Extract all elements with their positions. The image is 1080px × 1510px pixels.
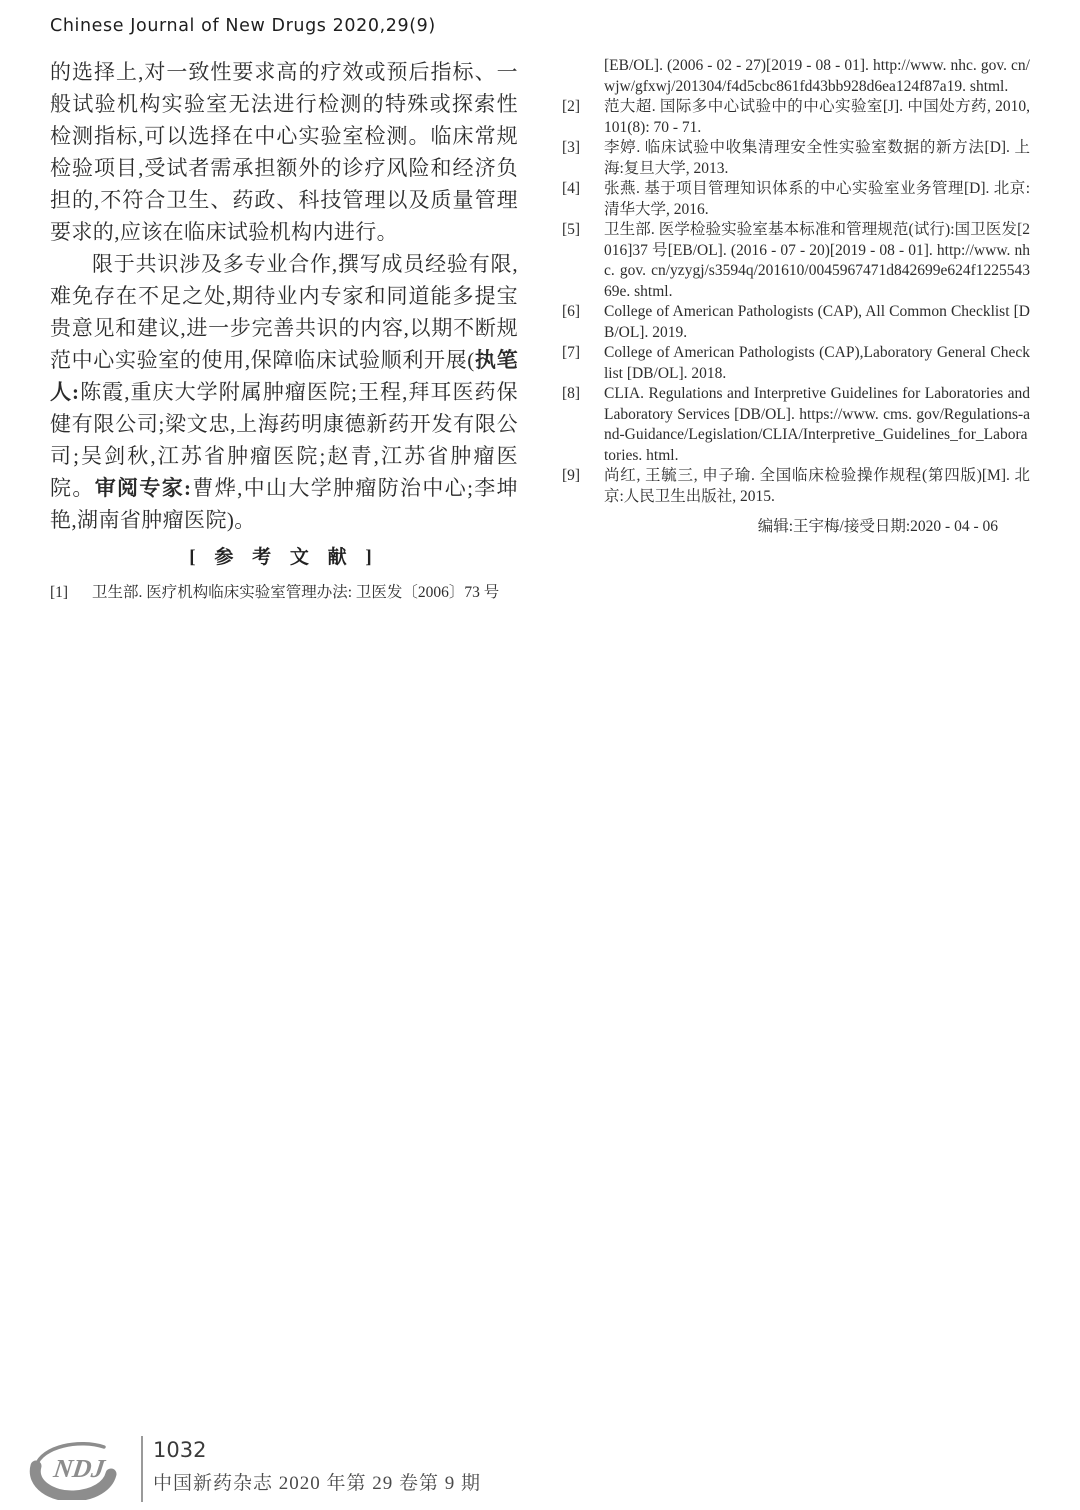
journal-issue-info: 中国新药杂志 2020 年第 29 卷第 9 期 — [153, 1468, 481, 1495]
reference-2: [2] 范大超. 国际多中心试验中的中心实验室[J]. 中国处方药, 2010,… — [562, 97, 1030, 138]
reference-2-number: [2] — [562, 97, 604, 138]
reference-1-number: [1] — [50, 583, 92, 604]
running-head: Chinese Journal of New Drugs 2020,29(9) — [50, 16, 436, 36]
paragraph-2-lead: 限于共识涉及多专业合作,撰写成员经验有限,难免存在不足之处,期待业内专家和同道能… — [50, 252, 518, 372]
two-column-layout: 的选择上,对一致性要求高的疗效或预后指标、一般试验机构实验室无法进行检测的特殊或… — [50, 56, 1030, 604]
reference-7: [7] College of American Pathologists (CA… — [562, 343, 1030, 384]
reference-8-number: [8] — [562, 384, 604, 466]
reference-3: [3] 李婷. 临床试验中收集清理安全性实验室数据的新方法[D]. 上海:复旦大… — [562, 138, 1030, 179]
reference-9-text: 尚红, 王毓三, 申子瑜. 全国临床检验操作规程(第四版)[M]. 北京:人民卫… — [604, 466, 1030, 507]
reviewers-label: 审阅专家: — [95, 476, 192, 500]
footer-divider — [141, 1436, 143, 1502]
reference-7-number: [7] — [562, 343, 604, 384]
reference-3-text: 李婷. 临床试验中收集清理安全性实验室数据的新方法[D]. 上海:复旦大学, 2… — [604, 138, 1030, 179]
page-number: 1032 — [153, 1438, 206, 1462]
reference-6-text: College of American Pathologists (CAP), … — [604, 302, 1030, 343]
reference-1-continuation: [EB/OL]. (2006 - 02 - 27)[2019 - 08 - 01… — [562, 56, 1030, 97]
reference-5: [5] 卫生部. 医学检验实验室基本标准和管理规范(试行):国卫医发[2016]… — [562, 220, 1030, 302]
references-right: [2] 范大超. 国际多中心试验中的中心实验室[J]. 中国处方药, 2010,… — [562, 97, 1030, 507]
reference-9-number: [9] — [562, 466, 604, 507]
reference-2-text: 范大超. 国际多中心试验中的中心实验室[J]. 中国处方药, 2010, 101… — [604, 97, 1030, 138]
body-paragraph-2: 限于共识涉及多专业合作,撰写成员经验有限,难免存在不足之处,期待业内专家和同道能… — [50, 248, 518, 536]
reference-4: [4] 张燕. 基于项目管理知识体系的中心实验室业务管理[D]. 北京:清华大学… — [562, 179, 1030, 220]
body-paragraph-1: 的选择上,对一致性要求高的疗效或预后指标、一般试验机构实验室无法进行检测的特殊或… — [50, 56, 518, 248]
editor-acceptance-line: 编辑:王宇梅/接受日期:2020 - 04 - 06 — [562, 516, 1030, 537]
reference-8-text: CLIA. Regulations and Interpretive Guide… — [604, 384, 1030, 466]
reference-8: [8] CLIA. Regulations and Interpretive G… — [562, 384, 1030, 466]
reference-3-number: [3] — [562, 138, 604, 179]
reference-1: [1] 卫生部. 医疗机构临床实验室管理办法: 卫医发〔2006〕73 号 — [50, 583, 518, 604]
reference-5-text: 卫生部. 医学检验实验室基本标准和管理规范(试行):国卫医发[2016]37 号… — [604, 220, 1030, 302]
journal-logo-text: NDJ — [51, 1454, 108, 1483]
reference-1-text: 卫生部. 医疗机构临床实验室管理办法: 卫医发〔2006〕73 号 — [92, 583, 518, 604]
references-heading: [ 参 考 文 献 ] — [50, 545, 518, 571]
reference-6-number: [6] — [562, 302, 604, 343]
reference-6: [6] College of American Pathologists (CA… — [562, 302, 1030, 343]
reference-9: [9] 尚红, 王毓三, 申子瑜. 全国临床检验操作规程(第四版)[M]. 北京… — [562, 466, 1030, 507]
page-footer: NDJ 1032 中国新药杂志 2020 年第 29 卷第 9 期 — [0, 1432, 1080, 1506]
right-column: [EB/OL]. (2006 - 02 - 27)[2019 - 08 - 01… — [562, 56, 1030, 604]
reference-4-number: [4] — [562, 179, 604, 220]
left-column: 的选择上,对一致性要求高的疗效或预后指标、一般试验机构实验室无法进行检测的特殊或… — [50, 56, 518, 604]
references-left: [1] 卫生部. 医疗机构临床实验室管理办法: 卫医发〔2006〕73 号 — [50, 583, 518, 604]
reference-7-text: College of American Pathologists (CAP),L… — [604, 343, 1030, 384]
journal-logo-icon: NDJ — [28, 1440, 128, 1500]
journal-page: Chinese Journal of New Drugs 2020,29(9) … — [0, 0, 1080, 1510]
reference-5-number: [5] — [562, 220, 604, 302]
reference-4-text: 张燕. 基于项目管理知识体系的中心实验室业务管理[D]. 北京:清华大学, 20… — [604, 179, 1030, 220]
